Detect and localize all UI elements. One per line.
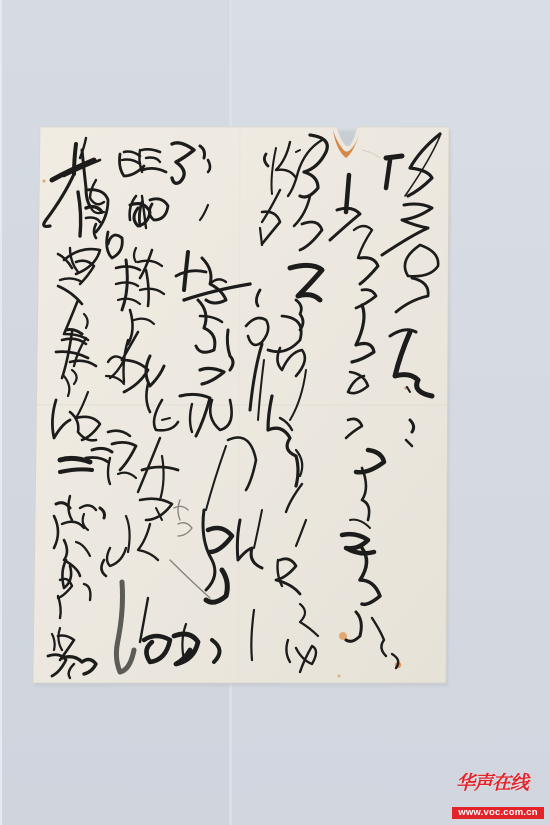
watermark-logo: 华声在线 www.voc.com.cn (452, 763, 544, 819)
watermark-title: 华声在线 (456, 763, 546, 803)
watermark-url: www.voc.com.cn (452, 807, 544, 819)
letter-paper (0, 0, 550, 825)
rust-spot (43, 180, 46, 183)
rust-spot (338, 675, 341, 678)
